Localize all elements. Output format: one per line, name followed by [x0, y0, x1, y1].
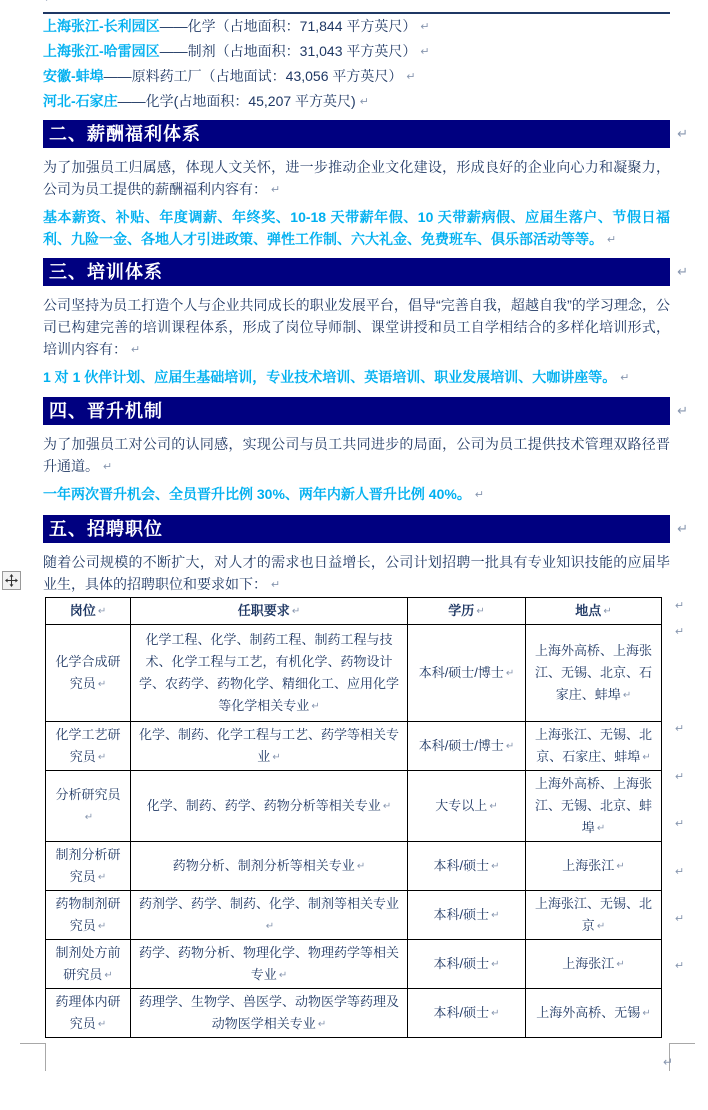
- section-body-paragraph: 为了加强员工对公司的认同感，实现公司与员工共同进步的局面，公司为员工提供技术管理…: [43, 433, 670, 477]
- paragraph-mark-icon: ↵: [131, 345, 140, 356]
- cell-requirements: 药物分析、制剂分析等相关专业↵: [131, 842, 408, 891]
- paragraph-mark-icon: ↵: [476, 607, 484, 617]
- header-degree: 学历↵: [408, 598, 526, 625]
- cell-requirements: 化学、制药、药学、药物分析等相关专业↵: [131, 771, 408, 842]
- paragraph-mark-icon: ↵: [279, 971, 287, 981]
- section-body-paragraph: 为了加强员工归属感，体现人文关怀，进一步推动企业文化建设，形成良好的企业向心力和…: [43, 156, 670, 200]
- cell-locations: 上海张江、无锡、北京↵: [526, 891, 662, 940]
- recruitment-table: 岗位↵ 任职要求↵ 学历↵ 地点↵ 化学合成研究员↵ 化学工程、化学、制药工程、…: [45, 597, 662, 1038]
- cell-requirements: 药理学、生物学、兽医学、动物医学等药理及动物医学相关专业↵: [131, 989, 408, 1038]
- cell-locations: 上海张江↵: [526, 842, 662, 891]
- section-heading-promotion: 四、晋升机制 ↵: [43, 397, 670, 425]
- facility-line: 上海张江-长利园区——化学（占地面积：71,844 平方英尺）↵: [43, 14, 670, 39]
- table-header-row: 岗位↵ 任职要求↵ 学历↵ 地点↵: [46, 598, 662, 625]
- table-row: 分析研究员↵ 化学、制药、药学、药物分析等相关专业↵ 大专以上↵ 上海外高桥、上…: [46, 771, 662, 842]
- paragraph-mark-icon: ↵: [675, 961, 684, 972]
- cell-degree: 本科/硕士↵: [408, 842, 526, 891]
- paragraph-mark-icon: ↵: [597, 922, 605, 932]
- cell-requirements: 药学、药物分析、物理化学、物理药学等相关专业↵: [131, 940, 408, 989]
- section-title: 三、培训体系: [49, 262, 163, 282]
- paragraph-mark-icon: ↵: [272, 753, 280, 763]
- cell-locations: 上海张江、无锡、北京、石家庄、蚌埠↵: [526, 722, 662, 771]
- paragraph-mark-icon: ↵: [491, 911, 499, 921]
- facility-name: 上海张江-长利园区: [43, 18, 160, 34]
- section-body-text: 为了加强员工归属感，体现人文关怀，进一步推动企业文化建设，形成良好的企业向心力和…: [43, 159, 670, 197]
- paragraph-mark-icon: ↵: [675, 724, 684, 735]
- cell-position: 分析研究员↵: [46, 771, 131, 842]
- paragraph-mark-icon: ↵: [489, 802, 497, 812]
- paragraph-mark-icon: ↵: [677, 127, 689, 140]
- paragraph-mark-icon: ↵: [98, 922, 106, 932]
- document-content: 上海张江-长利园区——化学（占地面积：71,844 平方英尺）↵ 上海张江-哈雷…: [43, 12, 670, 1038]
- paragraph-mark-icon: ↵: [318, 1020, 326, 1030]
- section-highlight-paragraph: 基本薪资、补贴、年度调薪、年终奖、10-18 天带薪年假、10 天带薪病假、应届…: [43, 206, 670, 250]
- recruitment-table-wrapper: 岗位↵ 任职要求↵ 学历↵ 地点↵ 化学合成研究员↵ 化学工程、化学、制药工程、…: [45, 597, 661, 1038]
- cell-degree: 大专以上↵: [408, 771, 526, 842]
- paragraph-mark-icon: ↵: [675, 819, 684, 830]
- header-locations: 地点↵: [526, 598, 662, 625]
- section-highlight-text: 1 对 1 伙伴计划、应届生基础培训，专业技术培训、英语培训、职业发展培训、大咖…: [43, 369, 616, 385]
- paragraph-mark-icon: ↵: [506, 669, 514, 679]
- paragraph-mark-icon: ↵: [607, 235, 616, 246]
- cell-position: 化学工艺研究员↵: [46, 722, 131, 771]
- paragraph-mark-icon: ↵: [98, 873, 106, 883]
- cell-position: 药物制剂研究员↵: [46, 891, 131, 940]
- facility-line: 上海张江-哈雷园区——制剂（占地面积：31,043 平方英尺）↵: [43, 39, 670, 64]
- paragraph-mark-icon: ↵: [616, 960, 624, 970]
- facility-line: 安徽-蚌埠——原料药工厂（占地面试：43,056 平方英尺）↵: [43, 64, 670, 89]
- paragraph-mark-icon: ↵: [98, 680, 106, 690]
- paragraph-mark-icon: ↵: [98, 607, 106, 617]
- paragraph-mark-icon: ↵: [475, 490, 484, 501]
- cell-locations: 上海张江↵: [526, 940, 662, 989]
- paragraph-mark-icon: ↵: [675, 914, 684, 925]
- paragraph-mark-icon: ↵: [675, 867, 684, 878]
- paragraph-mark-icon: ↵: [311, 702, 319, 712]
- section-highlight-text: 一年两次晋升机会、全员晋升比例 30%、两年内新人晋升比例 40%。: [43, 486, 471, 502]
- paragraph-mark-icon: ↵: [420, 47, 429, 58]
- facility-description: ——化学（占地面积：71,844 平方英尺）: [160, 18, 417, 34]
- paragraph-mark-icon: ↵: [616, 862, 624, 872]
- header-requirements: 任职要求↵: [131, 598, 408, 625]
- paragraph-mark-icon: ↵: [383, 802, 391, 812]
- section-body-paragraph: 公司坚持为员工打造个人与企业共同成长的职业发展平台，倡导“完善自我，超越自我”的…: [43, 294, 670, 360]
- paragraph-mark-icon: ↵: [620, 373, 629, 384]
- paragraph-mark-icon: ↵: [292, 607, 300, 617]
- section-highlight-paragraph: 一年两次晋升机会、全员晋升比例 30%、两年内新人晋升比例 40%。↵: [43, 483, 670, 505]
- cell-requirements: 化学、制药、化学工程与工艺、药学等相关专业↵: [131, 722, 408, 771]
- cell-requirements: 化学工程、化学、制药工程、制药工程与技术、化学工程与工艺，有机化学、药物设计学、…: [131, 625, 408, 722]
- move-cross-icon: [5, 574, 18, 587]
- table-row: 制剂处方前研究员↵ 药学、药物分析、物理化学、物理药学等相关专业↵ 本科/硕士↵…: [46, 940, 662, 989]
- cell-requirements: 药剂学、药学、制药、化学、制剂等相关专业↵: [131, 891, 408, 940]
- paragraph-mark-icon: ↵: [360, 97, 369, 108]
- paragraph-mark-icon: ↵: [597, 824, 605, 834]
- paragraph-mark-icon: ↵: [642, 753, 650, 763]
- cell-position: 药理体内研究员↵: [46, 989, 131, 1038]
- paragraph-mark-icon: ↵: [85, 813, 93, 823]
- paragraph-mark-icon: ↵: [675, 772, 684, 783]
- paragraph-mark-icon: ↵: [420, 22, 429, 33]
- facility-name: 上海张江-哈雷园区: [43, 43, 160, 59]
- paragraph-mark-icon: ↵: [642, 1009, 650, 1019]
- paragraph-mark-icon: ↵: [104, 971, 112, 981]
- table-row: 药物制剂研究员↵ 药剂学、药学、制药、化学、制剂等相关专业↵ 本科/硕士↵ 上海…: [46, 891, 662, 940]
- paragraph-mark-icon: ↵: [103, 462, 112, 473]
- cell-position: 制剂处方前研究员↵: [46, 940, 131, 989]
- section-title: 四、晋升机制: [49, 401, 163, 421]
- paragraph-mark-icon: ↵: [266, 922, 274, 932]
- paragraph-mark-icon: ↵: [271, 185, 280, 196]
- cell-locations: 上海外高桥、上海张江、无锡、北京、石家庄、蚌埠↵: [526, 625, 662, 722]
- section-body-text: 随着公司规模的不断扩大，对人才的需求也日益增长，公司计划招聘一批具有专业知识技能…: [43, 554, 670, 592]
- section-body-paragraph: 随着公司规模的不断扩大，对人才的需求也日益增长，公司计划招聘一批具有专业知识技能…: [43, 551, 670, 595]
- paragraph-mark-icon: ↵: [677, 522, 689, 535]
- paragraph-mark-icon: ↵: [491, 960, 499, 970]
- paragraph-mark-icon: ↵: [506, 742, 514, 752]
- paragraph-mark-icon: ↵: [663, 1056, 673, 1068]
- facility-name: 河北-石家庄: [43, 93, 118, 109]
- document-page: ↵ 上海张江-长利园区——化学（占地面积：71,844 平方英尺）↵ 上海张江-…: [0, 0, 708, 1110]
- cell-position: 制剂分析研究员↵: [46, 842, 131, 891]
- table-row: 药理体内研究员↵ 药理学、生物学、兽医学、动物医学等药理及动物医学相关专业↵ 本…: [46, 989, 662, 1038]
- table-move-handle[interactable]: [2, 571, 21, 590]
- paragraph-mark-icon: ↵: [98, 753, 106, 763]
- section-highlight-text: 基本薪资、补贴、年度调薪、年终奖、10-18 天带薪年假、10 天带薪病假、应届…: [43, 209, 670, 247]
- paragraph-mark-icon: ↵: [675, 627, 684, 638]
- paragraph-mark-icon: ↵: [677, 265, 689, 278]
- table-row: 化学工艺研究员↵ 化学、制药、化学工程与工艺、药学等相关专业↵ 本科/硕士/博士…: [46, 722, 662, 771]
- paragraph-mark-icon: ↵: [623, 691, 631, 701]
- facility-name: 安徽-蚌埠: [43, 68, 104, 84]
- cell-degree: 本科/硕士↵: [408, 891, 526, 940]
- paragraph-mark-icon: ↵: [271, 580, 280, 591]
- facility-description: ——原料药工厂（占地面试：43,056 平方英尺）: [104, 68, 403, 84]
- facility-line: 河北-石家庄——化学(占地面积：45,207 平方英尺)↵: [43, 89, 670, 114]
- cell-degree: 本科/硕士↵: [408, 940, 526, 989]
- paragraph-mark-icon: ↵: [677, 404, 689, 417]
- facility-description: ——化学(占地面积：45,207 平方英尺): [118, 93, 356, 109]
- paragraph-mark-icon: ↵: [491, 862, 499, 872]
- section-highlight-paragraph: 1 对 1 伙伴计划、应届生基础培训，专业技术培训、英语培训、职业发展培训、大咖…: [43, 366, 670, 388]
- cell-position: 化学合成研究员↵: [46, 625, 131, 722]
- cell-degree: 本科/硕士↵: [408, 989, 526, 1038]
- paragraph-mark-icon: ↵: [98, 1020, 106, 1030]
- section-heading-recruitment: 五、招聘职位 ↵: [43, 515, 670, 543]
- section-title: 五、招聘职位: [49, 519, 163, 539]
- cell-degree: 本科/硕士/博士↵: [408, 625, 526, 722]
- cell-locations: 上海外高桥、上海张江、无锡、北京、蚌埠↵: [526, 771, 662, 842]
- cell-locations: 上海外高桥、无锡↵: [526, 989, 662, 1038]
- paragraph-mark-icon: ↵: [603, 607, 611, 617]
- facility-description: ——制剂（占地面积：31,043 平方英尺）: [160, 43, 417, 59]
- header-position: 岗位↵: [46, 598, 131, 625]
- table-row: 化学合成研究员↵ 化学工程、化学、制药工程、制药工程与技术、化学工程与工艺，有机…: [46, 625, 662, 722]
- table-row: 制剂分析研究员↵ 药物分析、制剂分析等相关专业↵ 本科/硕士↵ 上海张江↵: [46, 842, 662, 891]
- crop-mark-bottom-left: [20, 1043, 46, 1071]
- section-body-text: 为了加强员工对公司的认同感，实现公司与员工共同进步的局面，公司为员工提供技术管理…: [43, 436, 670, 474]
- paragraph-mark-icon: ↵: [357, 862, 365, 872]
- section-heading-training: 三、培训体系 ↵: [43, 258, 670, 286]
- paragraph-mark-icon: ↵: [44, 0, 53, 5]
- cell-degree: 本科/硕士/博士↵: [408, 722, 526, 771]
- paragraph-mark-icon: ↵: [491, 1009, 499, 1019]
- section-heading-compensation: 二、薪酬福利体系 ↵: [43, 120, 670, 148]
- paragraph-mark-icon: ↵: [675, 601, 684, 612]
- paragraph-mark-icon: ↵: [406, 72, 415, 83]
- section-title: 二、薪酬福利体系: [49, 124, 201, 144]
